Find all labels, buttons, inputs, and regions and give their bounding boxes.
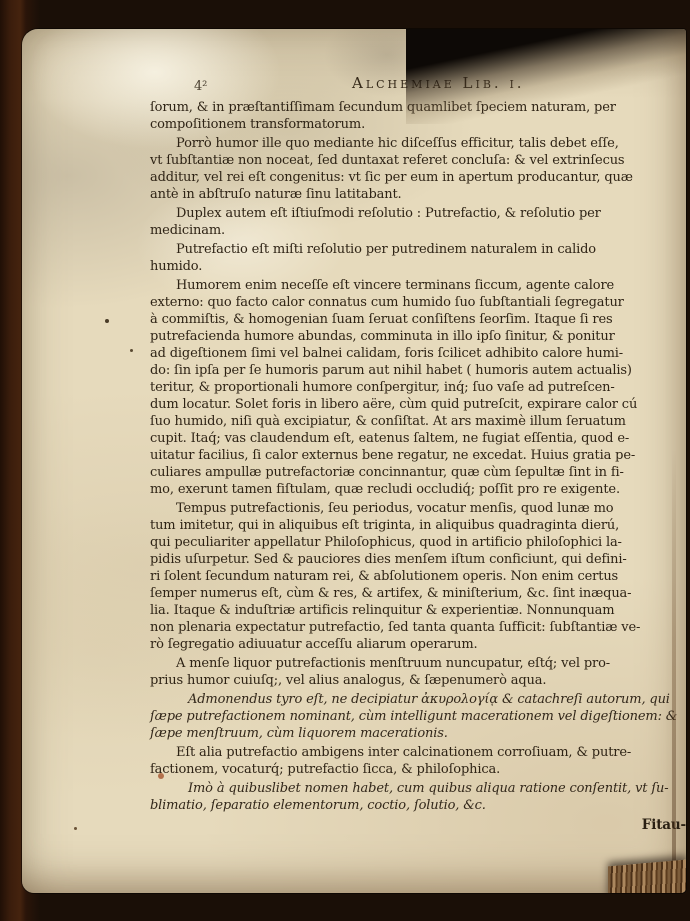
body-paragraph: Putrefactio eſt miſti reſolutio per putr… (150, 239, 686, 275)
page-number: 4² (194, 79, 207, 94)
body-paragraph: Humorem enim neceſſe eſt vincere termina… (150, 275, 686, 498)
body-paragraph-italic: Admonendus tyro eſt, ne decipiatur ἀκυρο… (150, 689, 686, 742)
ink-speck (74, 827, 77, 830)
body-paragraph: Porrò humor ille quo mediante hic diſceſ… (150, 133, 686, 203)
book-fore-edge (608, 860, 686, 893)
page-crease (672, 449, 676, 873)
scan-background: 4² Alchemiae Lib. i. ſorum, & in præſtan… (0, 0, 690, 921)
body-paragraph: Duplex autem eſt iſtiuſmodi reſolutio : … (150, 203, 686, 239)
book-page: 4² Alchemiae Lib. i. ſorum, & in præſtan… (22, 29, 686, 893)
body-paragraph-italic: Imò à quibuslibet nomen habet, cum quibu… (150, 778, 686, 814)
text-block: 4² Alchemiae Lib. i. ſorum, & in præſtan… (150, 73, 686, 833)
corner-shadow (406, 29, 686, 124)
body-paragraph: Eſt alia putrefactio ambigens inter calc… (150, 742, 686, 778)
ink-speck (105, 319, 109, 323)
catchword: Fitau- (150, 817, 686, 833)
body-paragraph: A menſe liquor putrefactionis menſtruum … (150, 653, 686, 689)
ink-speck (130, 349, 133, 352)
body-paragraph: Tempus putrefactionis, ſeu periodus, voc… (150, 498, 686, 653)
